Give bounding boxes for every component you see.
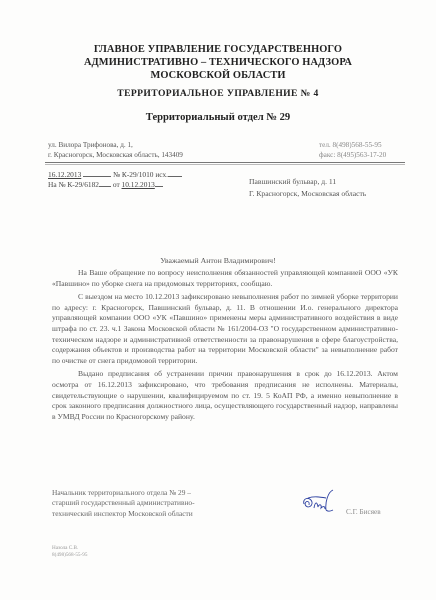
blank-line [83, 176, 111, 177]
signatory-line-2: старший государственный административно- [52, 498, 195, 508]
executor-info: Назола С.В. 8(498)568-55-95 [52, 545, 87, 559]
sender-fax: факс: 8(495)563-17-20 [319, 150, 386, 160]
organization-header: ГЛАВНОЕ УПРАВЛЕНИЕ ГОСУДАРСТВЕННОГО АДМИ… [0, 43, 436, 82]
in-reply-from: от [113, 180, 120, 189]
territorial-administration: ТЕРРИТОРИАЛЬНОЕ УПРАВЛЕНИЕ № 4 [0, 88, 436, 99]
blank-line [99, 186, 111, 187]
executor-phone: 8(498)568-55-95 [52, 552, 87, 559]
letter-body: На Ваше обращение по вопросу неисполнени… [52, 268, 398, 425]
sender-contacts: тел. 8(498)568-55-95 факс: 8(495)563-17-… [319, 140, 386, 160]
recipient-address: Павшинский бульвар, д. 11 Г. Красногорск… [249, 176, 366, 200]
org-line-1: ГЛАВНОЕ УПРАВЛЕНИЕ ГОСУДАРСТВЕННОГО [0, 43, 436, 56]
sender-city: г. Красногорск, Московская область, 1434… [48, 150, 183, 160]
sender-phone: тел. 8(498)568-55-95 [319, 140, 386, 150]
sender-street: ул. Вилора Трифонова, д. 1, [48, 140, 183, 150]
paragraph: Выдано предписания об устранении причин … [52, 369, 398, 422]
org-line-2: АДМИНИСТРАТИВНО – ТЕХНИЧЕСКОГО НАДЗОРА [0, 56, 436, 69]
handwritten-signature-icon [300, 488, 340, 518]
in-reply-number: На № К-29/6182 [48, 180, 99, 189]
in-reply-date: 10.12.2013 [122, 180, 155, 189]
document-references: 16.12.2013 № К-29/1010 исх. На № К-29/61… [48, 170, 182, 190]
signer-name: С.Г. Бисяев [346, 508, 381, 516]
header-divider [45, 162, 405, 163]
letter-page: ГЛАВНОЕ УПРАВЛЕНИЕ ГОСУДАРСТВЕННОГО АДМИ… [0, 0, 436, 600]
signatory-title: Начальник территориального отдела № 29 –… [52, 488, 195, 519]
recipient-line-2: Г. Красногорск, Московская область [249, 188, 366, 200]
paragraph: На Ваше обращение по вопросу неисполнени… [52, 268, 398, 289]
paragraph: С выездом на место 10.12.2013 зафиксиров… [52, 292, 398, 366]
signatory-line-3: технический инспектор Московской области [52, 509, 195, 519]
outgoing-date: 16.12.2013 [48, 170, 81, 179]
department-title: Территориальный отдел № 29 [0, 112, 436, 123]
sender-address: ул. Вилора Трифонова, д. 1, г. Красногор… [48, 140, 183, 160]
blank-line [155, 186, 163, 187]
blank-line [168, 176, 182, 177]
org-line-3: МОСКОВСКОЙ ОБЛАСТИ [0, 69, 436, 82]
signatory-line-1: Начальник территориального отдела № 29 – [52, 488, 195, 498]
header-divider-secondary [45, 164, 405, 165]
executor-name: Назола С.В. [52, 545, 87, 552]
salutation: Уважаемый Антон Владимирович! [0, 256, 436, 265]
recipient-line-1: Павшинский бульвар, д. 11 [249, 176, 366, 188]
outgoing-number: № К-29/1010 исх. [113, 170, 168, 179]
